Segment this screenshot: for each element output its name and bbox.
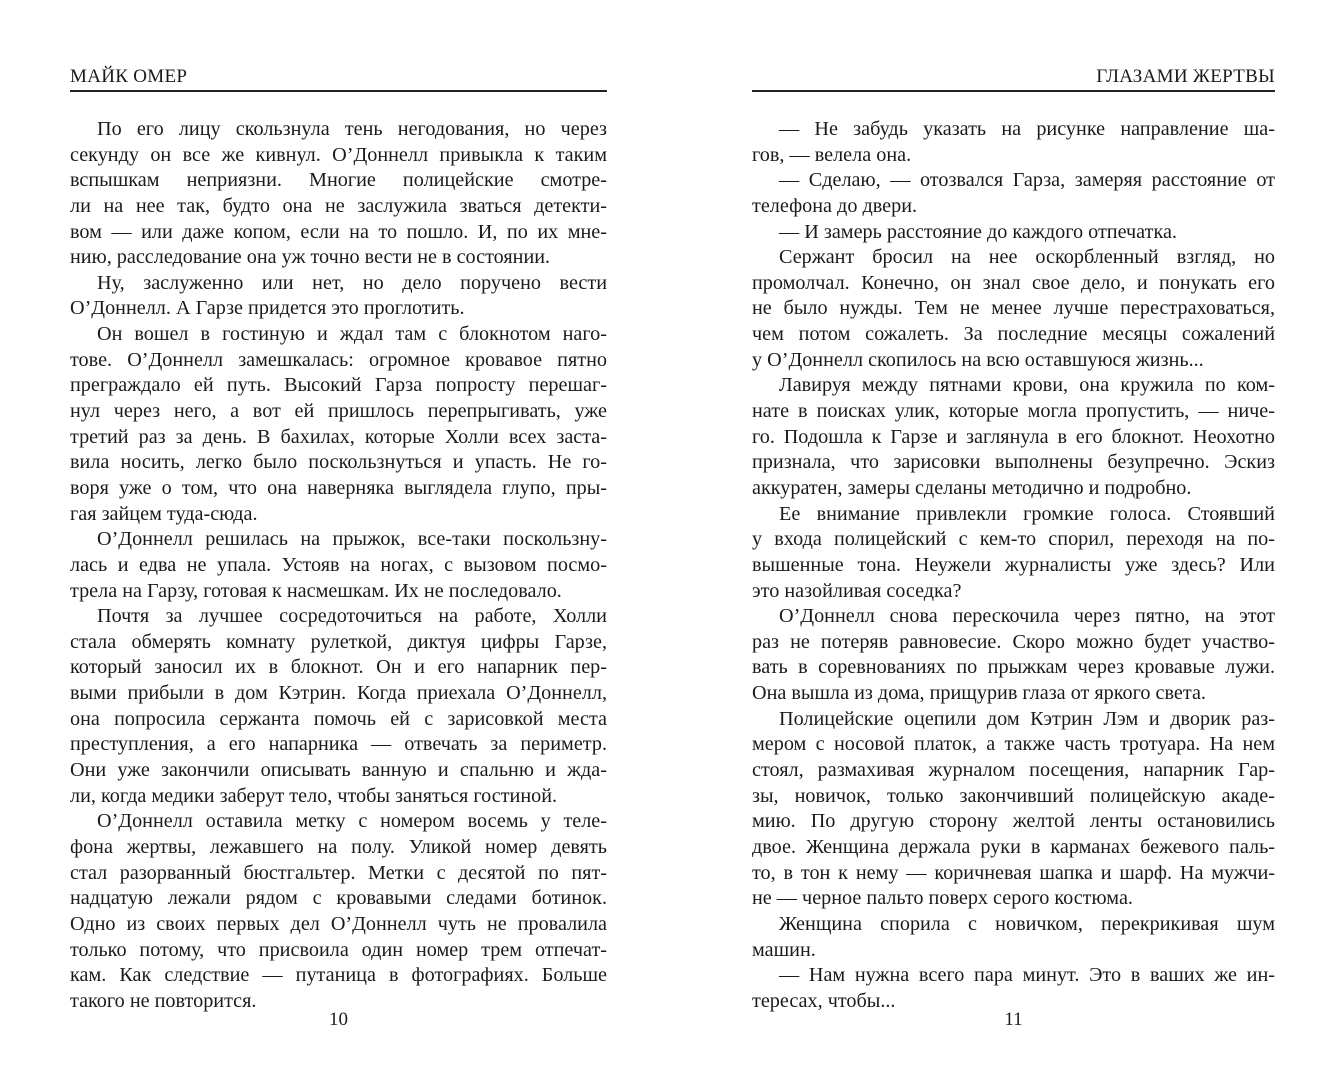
running-head-title: ГЛАЗАМИ ЖЕРТВЫ [752, 66, 1275, 92]
right-page-body: — Не забудь указать на рисунке направлен… [752, 117, 1275, 1014]
text-line: признала, что зарисовки выполнены безупр… [752, 450, 1275, 476]
text-line: вспышкам неприязни. Многие полицейские с… [70, 168, 607, 194]
text-line: то, в тон к нему — коричневая шапка и ша… [752, 861, 1275, 887]
text-line: Одно из своих первых дел О’Доннелл чуть … [70, 912, 607, 938]
text-line: О’Доннелл решилась на прыжок, все-таки п… [70, 527, 607, 553]
text-line: промолчал. Конечно, он знал свое дело, и… [752, 271, 1275, 297]
text-line: О’Доннелл оставила метку с номером восем… [70, 809, 607, 835]
text-line: преступления, а его напарника — отвечать… [70, 732, 607, 758]
text-line: нию, расследование она уж точно вести не… [70, 245, 607, 271]
text-line: двое. Женщина держала руки в карманах бе… [752, 835, 1275, 861]
text-line: воря уже о том, что она наверняка выгляд… [70, 476, 607, 502]
text-line: стал разорванный бюстгальтер. Метки с де… [70, 861, 607, 887]
text-line: О’Доннелл. А Гарзе придется это проглоти… [70, 296, 607, 322]
text-line: вом — или даже копом, если на то пошло. … [70, 220, 607, 246]
text-line: — Нам нужна всего пара минут. Это в ваши… [752, 963, 1275, 989]
text-line: фона жертвы, лежавшего на полу. Уликой н… [70, 835, 607, 861]
text-line: — И замерь расстояние до каждого отпечат… [752, 220, 1275, 246]
text-line: третий раз за день. В бахилах, которые Х… [70, 425, 607, 451]
text-line: мию. По другую сторону желтой ленты оста… [752, 809, 1275, 835]
right-page: ГЛАЗАМИ ЖЕРТВЫ — Не забудь указать на ри… [752, 0, 1275, 1080]
text-line: выми прибыли в дом Кэтрин. Когда приехал… [70, 681, 607, 707]
text-line: Полицейские оцепили дом Кэтрин Лэм и дво… [752, 707, 1275, 733]
text-line: — Сделаю, — отозвался Гарза, замеряя рас… [752, 168, 1275, 194]
text-line: Она вышла из дома, прищурив глаза от ярк… [752, 681, 1275, 707]
text-line: Они уже закончили описывать ванную и спа… [70, 758, 607, 784]
left-page-body: По его лицу скользнула тень негодования,… [70, 117, 607, 1014]
text-line: раз не потеряв равновесие. Скоро можно б… [752, 630, 1275, 656]
text-line: машин. [752, 938, 1275, 964]
text-line: лась и едва не упала. Устояв на ногах, с… [70, 553, 607, 579]
text-line: го. Подошла к Гарзе и заглянула в его бл… [752, 425, 1275, 451]
book-spread: МАЙК ОМЕР По его лицу скользнула тень не… [0, 0, 1343, 1080]
text-line: Женщина спорила с новичком, перекрикивая… [752, 912, 1275, 938]
page-number-left: 10 [70, 1008, 607, 1032]
text-line: ли, когда медики заберут тело, чтобы зан… [70, 784, 607, 810]
text-line: вать в соревнованиях по прыжкам через кр… [752, 655, 1275, 681]
text-line: стала обмерять комнату рулеткой, диктуя … [70, 630, 607, 656]
text-line: — Не забудь указать на рисунке направлен… [752, 117, 1275, 143]
text-line: мером с носовой платок, а также часть тр… [752, 732, 1275, 758]
text-line: Ну, заслуженно или нет, но дело поручено… [70, 271, 607, 297]
text-line: чем потом сожалеть. За последние месяцы … [752, 322, 1275, 348]
text-line: у входа полицейский с кем-то спорил, пер… [752, 527, 1275, 553]
text-line: не — черное пальто поверх серого костюма… [752, 886, 1275, 912]
text-line: аккуратен, замеры сделаны методично и по… [752, 476, 1275, 502]
text-line: это назойливая соседка? [752, 579, 1275, 605]
page-number-right: 11 [752, 1008, 1275, 1032]
text-line: Сержант бросил на нее оскорбленный взгля… [752, 245, 1275, 271]
text-line: О’Доннелл снова перескочила через пятно,… [752, 604, 1275, 630]
text-line: ли на нее так, будто она не заслужила зв… [70, 194, 607, 220]
text-line: стоял, размахивая журналом посещения, на… [752, 758, 1275, 784]
text-line: кам. Как следствие — путаница в фотограф… [70, 963, 607, 989]
text-line: который заносил их в блокнот. Он и его н… [70, 655, 607, 681]
left-page: МАЙК ОМЕР По его лицу скользнула тень не… [70, 0, 607, 1080]
text-line: тове. О’Доннелл замешкалась: огромное кр… [70, 348, 607, 374]
text-line: Ее внимание привлекли громкие голоса. Ст… [752, 502, 1275, 528]
text-line: трела на Гарзу, готовая к насмешкам. Их … [70, 579, 607, 605]
text-line: не было нужды. Тем не менее лучше перест… [752, 296, 1275, 322]
text-line: гая зайцем туда-сюда. [70, 502, 607, 528]
text-line: зы, новичок, только закончивший полицейс… [752, 784, 1275, 810]
text-line: гов, — велела она. [752, 143, 1275, 169]
running-head-author: МАЙК ОМЕР [70, 66, 607, 92]
text-line: секунду он все же кивнул. О’Доннелл прив… [70, 143, 607, 169]
text-line: нул через него, а вот ей пришлось перепр… [70, 399, 607, 425]
text-line: она попросила сержанта помочь ей с зарис… [70, 707, 607, 733]
text-line: вышенные тона. Неужели журналисты уже зд… [752, 553, 1275, 579]
text-line: вила носить, легко было поскользнуться и… [70, 450, 607, 476]
text-line: у О’Доннелл скопилось на всю оставшуюся … [752, 348, 1275, 374]
text-line: Лавируя между пятнами крови, она кружила… [752, 373, 1275, 399]
text-line: нате в поисках улик, которые могла пропу… [752, 399, 1275, 425]
text-line: преграждало ей путь. Высокий Гарза попро… [70, 373, 607, 399]
text-line: Он вошел в гостиную и ждал там с блокнот… [70, 322, 607, 348]
text-line: надцатую лежали рядом с кровавыми следам… [70, 886, 607, 912]
text-line: Почтя за лучшее сосредоточиться на работ… [70, 604, 607, 630]
text-line: только потому, что присвоила один номер … [70, 938, 607, 964]
text-line: телефона до двери. [752, 194, 1275, 220]
text-line: По его лицу скользнула тень негодования,… [70, 117, 607, 143]
